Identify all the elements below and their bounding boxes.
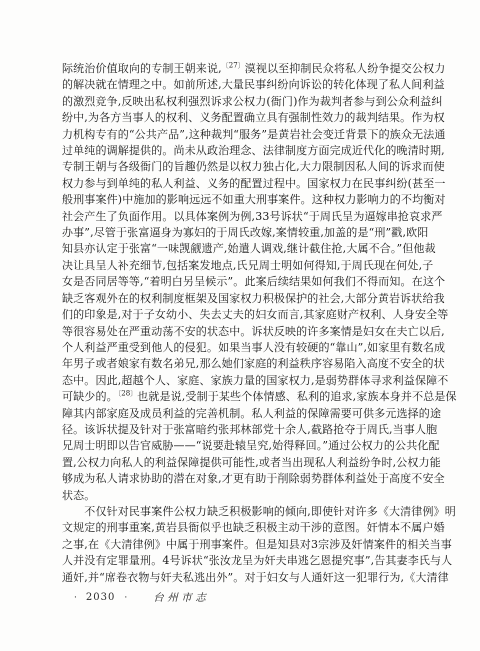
- text-line: 社会产生了负面作用。以具体案例为例,33号诉状“于周氏呈为逼嫁串抢哀求严: [62, 209, 432, 225]
- text-line: 的激烈竞争,反映出私权利强烈诉求公权力(衙门)作为裁判者参与到公众利益纠: [62, 94, 432, 110]
- text-line: 障其内部家庭及成员利益的完善机制。私人利益的保障需要可供多元选择的途: [62, 406, 432, 422]
- text-line: 的解决就在情理之中。如前所述,大量民事纠纷向诉讼的转化体现了私人间利益: [62, 77, 432, 93]
- text-line: 状态。: [62, 488, 432, 504]
- text-line: 年男子或者娘家有数名弟兄,那么她们家庭的利益秩序容易陷入高度不安全的状: [62, 356, 432, 372]
- footer-left-dot: ·: [74, 593, 77, 603]
- footer-right-dot: ·: [124, 593, 127, 603]
- text-line: 可缺少的。〔28〕也就是说,受制于某些个体情感、私利的追求,家族本身并不总是保: [62, 389, 432, 405]
- text-line: 办事”,尽管于张富逼身为寡妇的于周氏改嫁,案情较重,加盖的是“刑”戳,欧阳: [62, 225, 432, 241]
- main-text-block: 际统治价值取向的专制王朝来说,〔27〕漠视以至抑制民众将私人纷争提交公权力的解决…: [62, 61, 432, 586]
- text-line: 径。该诉状提及针对于张富暗约张邦林部党十余人,截路抢夺于周氏,当事人胞: [62, 422, 432, 438]
- text-line: 际统治价值取向的专制王朝来说,〔27〕漠视以至抑制民众将私人纷争提交公权力: [62, 61, 432, 77]
- page-number: 2030: [86, 592, 115, 603]
- text-line: 兄周士明即以告官威胁——“说要赴辕呈究,始得释回。”通过公权力的公共化配: [62, 438, 432, 454]
- scanned-book-page: 际统治价值取向的专制王朝来说,〔27〕漠视以至抑制民众将私人纷争提交公权力的解决…: [0, 0, 480, 651]
- text-line: 态中。因此,超越个人、家庭、家族力量的国家权力,是弱势群体寻求利益保障不: [62, 373, 432, 389]
- text-line: 文规定的刑事重案,黄岩县衙似乎也缺乏积极主动干涉的意图。奸情本不属户婚: [62, 520, 432, 536]
- text-line: 不仅针对民事案件公权力缺乏积极影响的倾向,即使针对许多《大清律例》明: [62, 504, 432, 520]
- text-line: 们的印象是,对于子女幼小、失去丈夫的妇女而言,其家庭财产权利、人身安全等: [62, 307, 432, 323]
- text-line: 置,公权力向私人的利益保障提供可能性,或者当出现私人利益纷争时,公权力能: [62, 455, 432, 471]
- text-line: 纷中,为各方当事人的权利、义务配置确立具有强制性效力的裁判结果。作为权: [62, 110, 432, 126]
- text-line: 决让具呈人补充细节,包括案发地点,氏兄周士明如何得知,于周氏现在何处,子: [62, 258, 432, 274]
- text-line: 过单纯的调解提供的。尚未从政治理念、法律制度方面完成近代化的晚清时期,: [62, 143, 432, 159]
- book-title: 台州市志: [153, 590, 209, 605]
- text-line: 专制王朝与各级衙门的旨趣仍然是以权力独占化,大力限制因私人间的诉求而使: [62, 159, 432, 175]
- text-line: 之事,在《大清律例》中属于刑事案件。但是知县对3宗涉及奸情案件的相关当事: [62, 537, 432, 553]
- paragraph-new: 不仅针对民事案件公权力缺乏积极影响的倾向,即使针对许多《大清律例》明文规定的刑事…: [62, 504, 432, 586]
- text-line: 通奸,并“席卷衣物与奸夫私逃出外”。对于妇女与人通奸这一犯罪行为,《大清律: [62, 570, 432, 586]
- text-line: 个人利益严重受到他人的侵犯。如果当事人没有较硬的“靠山”,如家里有数名成: [62, 340, 432, 356]
- paragraph-continued: 际统治价值取向的专制王朝来说,〔27〕漠视以至抑制民众将私人纷争提交公权力的解决…: [62, 61, 432, 504]
- text-line: 般刑事案件)中施加的影响远远不如重大刑事案件。这种权力影响力的不均衡对: [62, 192, 432, 208]
- text-line: 女是否同居等等,“着明白另呈候示”。此案后续结果如何我们不得而知。在这个: [62, 274, 432, 290]
- text-line: 缺乏客观外在的权利制度框架及国家权力积极保护的社会,大部分黄岩诉状给我: [62, 291, 432, 307]
- text-line: 够成为私人请求协助的潜在对象,才更有助于削除弱势群体利益处于高度不安全: [62, 471, 432, 487]
- text-line: 力机构专有的“公共产品”,这种裁判“服务”是黄岩社会变迁背景下的族众无法通: [62, 127, 432, 143]
- text-line: 等很容易处在严重动荡不安的状态中。诉状反映的许多案情是妇女在夫亡以后,: [62, 324, 432, 340]
- text-line: 人并没有定罪量刑。4号诉状“张汝龙呈为奸夫串逃乞恩提究事”,告其妻李氏与人: [62, 553, 432, 569]
- text-line: 知县亦认定于张富“一味觊觎遗产,始遣人调戏,继计截住抢,大属不合。”但他裁: [62, 241, 432, 257]
- page-footer: · 2030 · 台州市志: [74, 590, 209, 605]
- text-line: 权力参与到单纯的私人利益、义务的配置过程中。国家权力在民事纠纷(甚至一: [62, 176, 432, 192]
